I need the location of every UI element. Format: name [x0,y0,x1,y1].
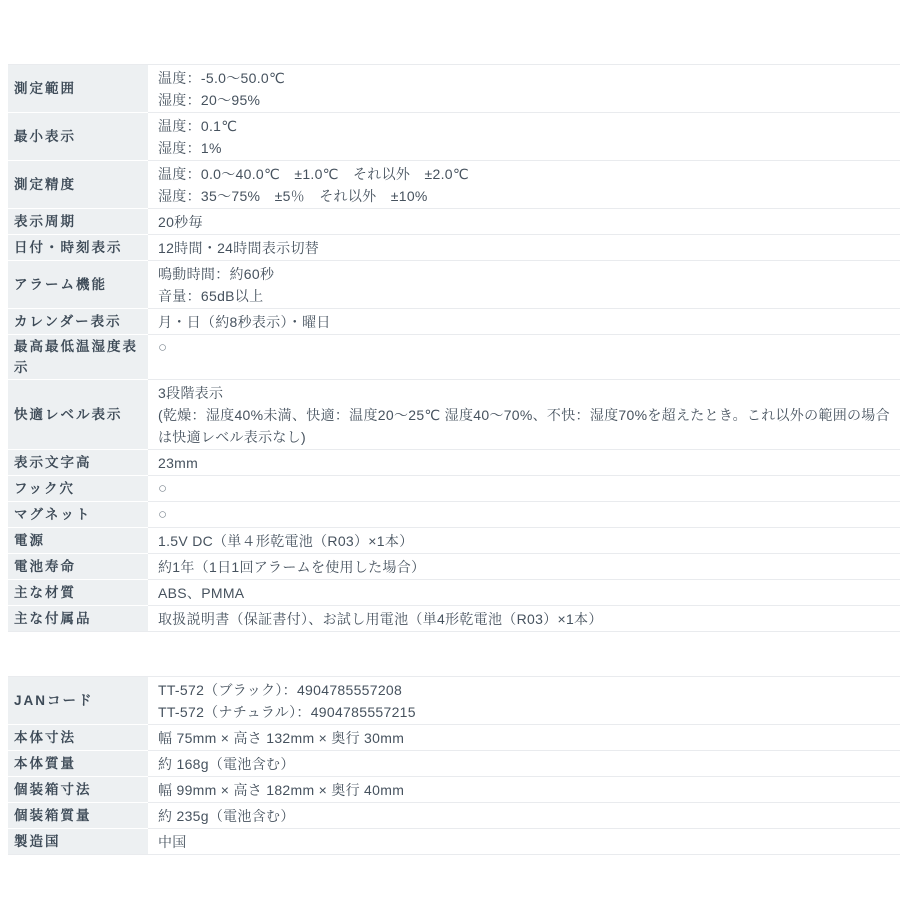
row-label: 最小表示 [8,113,148,161]
table-row: 最高最低温湿度表示○ [8,335,900,380]
row-value: 鳴動時間：約60秒音量：65dB以上 [148,261,900,309]
row-value: 約 235g（電池含む） [148,803,900,829]
value-line: 幅 99mm × 高さ 182mm × 奥行 40mm [158,779,894,801]
table-row: JANコードTT-572（ブラック）：4904785557208TT-572（ナ… [8,677,900,725]
row-label: 本体質量 [8,751,148,777]
table-row: 表示文字高23mm [8,450,900,476]
value-line: 音量：65dB以上 [158,285,894,307]
table-row: 製造国中国 [8,829,900,854]
row-label: 表示文字高 [8,450,148,476]
value-line: 取扱説明書（保証書付）、お試し用電池（単4形乾電池（R03）×1本） [158,608,894,630]
row-label: 電池寿命 [8,554,148,580]
value-line: 幅 75mm × 高さ 132mm × 奥行 30mm [158,727,894,749]
value-line: ABS、PMMA [158,582,894,604]
value-line: 温度：0.0〜40.0℃ ±1.0℃ それ以外 ±2.0℃ [158,163,894,185]
value-line: 12時間・24時間表示切替 [158,237,894,259]
table-row: 個装箱質量約 235g（電池含む） [8,803,900,829]
table-row: 主な材質ABS、PMMA [8,580,900,606]
table-row: 測定精度温度：0.0〜40.0℃ ±1.0℃ それ以外 ±2.0℃湿度：35〜7… [8,161,900,209]
row-label: 日付・時刻表示 [8,235,148,261]
table-row: 電源1.5V DC（単４形乾電池（R03）×1本） [8,528,900,554]
value-line: 約 168g（電池含む） [158,753,894,775]
circle-mark: ○ [158,504,894,526]
row-value: 温度：-5.0〜50.0℃湿度：20〜95% [148,65,900,113]
row-value: 温度：0.0〜40.0℃ ±1.0℃ それ以外 ±2.0℃湿度：35〜75% ±… [148,161,900,209]
row-value: 3段階表示(乾燥：湿度40%未満、快適：温度20〜25℃ 湿度40〜70%、不快… [148,380,900,450]
row-label: 主な付属品 [8,606,148,631]
row-value: ○ [148,502,900,528]
row-label: 個装箱寸法 [8,777,148,803]
row-label: 最高最低温湿度表示 [8,335,148,380]
row-value: 温度：0.1℃湿度：1% [148,113,900,161]
row-label: アラーム機能 [8,261,148,309]
value-line: 温度：0.1℃ [158,115,894,137]
value-line: 3段階表示 [158,382,894,404]
package-spec-table: JANコードTT-572（ブラック）：4904785557208TT-572（ナ… [8,676,900,855]
row-value: 約 168g（電池含む） [148,751,900,777]
row-label: 表示周期 [8,209,148,235]
table-row: 測定範囲温度：-5.0〜50.0℃湿度：20〜95% [8,65,900,113]
row-label: JANコード [8,677,148,725]
row-value: ○ [148,335,900,380]
row-value: ○ [148,476,900,502]
value-line: 鳴動時間：約60秒 [158,263,894,285]
row-label: カレンダー表示 [8,309,148,335]
row-label: 快適レベル表示 [8,380,148,450]
value-line: 湿度：1% [158,137,894,159]
value-line: 約1年（1日1回アラームを使用した場合） [158,556,894,578]
table-row: フック穴○ [8,476,900,502]
row-value: ABS、PMMA [148,580,900,606]
table-row: 電池寿命約1年（1日1回アラームを使用した場合） [8,554,900,580]
row-value: 1.5V DC（単４形乾電池（R03）×1本） [148,528,900,554]
table-row: マグネット○ [8,502,900,528]
row-label: 測定精度 [8,161,148,209]
value-line: (乾燥：湿度40%未満、快適：温度20〜25℃ 湿度40〜70%、不快：湿度70… [158,404,894,448]
value-line: 約 235g（電池含む） [158,805,894,827]
circle-mark: ○ [158,337,894,359]
value-line: TT-572（ブラック）：4904785557208 [158,679,894,701]
spec-page: 測定範囲温度：-5.0〜50.0℃湿度：20〜95%最小表示温度：0.1℃湿度：… [0,0,900,855]
row-label: 電源 [8,528,148,554]
value-line: 1.5V DC（単４形乾電池（R03）×1本） [158,530,894,552]
table-row: カレンダー表示月・日（約8秒表示）・曜日 [8,309,900,335]
value-line: TT-572（ナチュラル）：4904785557215 [158,701,894,723]
value-line: 20秒毎 [158,211,894,233]
row-value: 取扱説明書（保証書付）、お試し用電池（単4形乾電池（R03）×1本） [148,606,900,631]
table-row: アラーム機能鳴動時間：約60秒音量：65dB以上 [8,261,900,309]
table-row: 日付・時刻表示12時間・24時間表示切替 [8,235,900,261]
row-label: 製造国 [8,829,148,854]
value-line: 湿度：20〜95% [158,89,894,111]
product-spec-table: 測定範囲温度：-5.0〜50.0℃湿度：20〜95%最小表示温度：0.1℃湿度：… [8,64,900,632]
row-label: 個装箱質量 [8,803,148,829]
row-value: 幅 75mm × 高さ 132mm × 奥行 30mm [148,725,900,751]
row-value: 20秒毎 [148,209,900,235]
table-row: 快適レベル表示3段階表示(乾燥：湿度40%未満、快適：温度20〜25℃ 湿度40… [8,380,900,450]
value-line: 月・日（約8秒表示）・曜日 [158,311,894,333]
row-label: マグネット [8,502,148,528]
table-row: 本体寸法幅 75mm × 高さ 132mm × 奥行 30mm [8,725,900,751]
row-value: 月・日（約8秒表示）・曜日 [148,309,900,335]
row-value: 23mm [148,450,900,476]
row-label: 本体寸法 [8,725,148,751]
row-label: 測定範囲 [8,65,148,113]
row-value: 約1年（1日1回アラームを使用した場合） [148,554,900,580]
row-value: 12時間・24時間表示切替 [148,235,900,261]
row-value: 中国 [148,829,900,854]
row-label: 主な材質 [8,580,148,606]
row-label: フック穴 [8,476,148,502]
table-row: 主な付属品取扱説明書（保証書付）、お試し用電池（単4形乾電池（R03）×1本） [8,606,900,631]
circle-mark: ○ [158,478,894,500]
value-line: 23mm [158,452,894,474]
value-line: 温度：-5.0〜50.0℃ [158,67,894,89]
table-row: 最小表示温度：0.1℃湿度：1% [8,113,900,161]
value-line: 湿度：35〜75% ±5％ それ以外 ±10% [158,185,894,207]
value-line: 中国 [158,831,894,853]
table-row: 個装箱寸法幅 99mm × 高さ 182mm × 奥行 40mm [8,777,900,803]
table-row: 本体質量約 168g（電池含む） [8,751,900,777]
table-row: 表示周期20秒毎 [8,209,900,235]
row-value: TT-572（ブラック）：4904785557208TT-572（ナチュラル）：… [148,677,900,725]
row-value: 幅 99mm × 高さ 182mm × 奥行 40mm [148,777,900,803]
